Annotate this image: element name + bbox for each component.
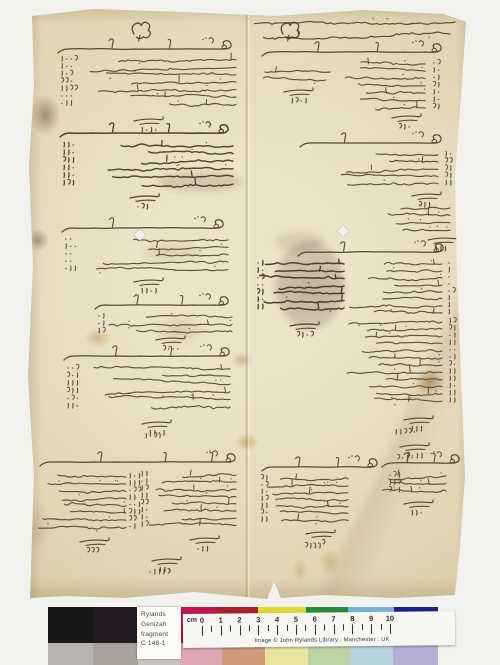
image-credit: Image © John Rylands Library . Mancheste…: [207, 636, 437, 644]
ruler-tick: [240, 625, 241, 635]
ruler-tick: [315, 625, 316, 635]
photo-stage: Rylands Genizah fragment C 148-1 cm Imag…: [0, 0, 500, 665]
ruler-tick: [296, 625, 297, 635]
swatch-dark-plum: [93, 607, 138, 643]
shelfmark-line: fragment: [141, 630, 181, 640]
center-fold: [245, 8, 250, 600]
ruler-tick: [258, 625, 259, 635]
ruler-tick: [362, 624, 363, 630]
ruler-number: 1: [214, 616, 228, 625]
ruler: cm Image © John Rylands Library . Manche…: [183, 611, 455, 648]
ruler-tick: [390, 624, 391, 634]
swatch-pale-blue: [350, 643, 393, 665]
ruler-tick: [381, 624, 382, 630]
ruler-tick: [324, 625, 325, 631]
swatch-black: [48, 607, 93, 643]
ruler-number: 10: [383, 614, 397, 623]
handwriting-layer: [0, 0, 500, 608]
ruler-number: 9: [364, 614, 378, 623]
shelfmark-line: C 148-1: [141, 639, 181, 649]
ruler-tick: [202, 626, 203, 636]
ruler-tick: [334, 624, 335, 634]
ruler-tick: [343, 624, 344, 630]
ruler-tick: [277, 625, 278, 635]
ruler-tick: [268, 625, 269, 631]
ruler-number: 2: [232, 615, 246, 624]
shelfmark-line: Rylands: [141, 610, 181, 620]
swatch-gray: [48, 643, 93, 665]
ruler-number: 4: [270, 615, 284, 624]
shelfmark-line: Genizah: [141, 620, 181, 630]
ruler-tick: [287, 625, 288, 631]
ruler-number: 8: [345, 614, 359, 623]
ruler-number: 3: [251, 615, 265, 624]
ruler-tick: [305, 625, 306, 631]
swatch-lavender: [393, 643, 438, 665]
ruler-tick: [221, 626, 222, 636]
swatch-taupe: [93, 643, 138, 665]
ruler-tick: [249, 625, 250, 631]
manuscript-fragment: [24, 6, 470, 602]
ruler-number: 6: [308, 615, 322, 624]
ruler-tick: [230, 625, 231, 631]
ruler-number: 0: [195, 616, 209, 625]
ruler-tick: [211, 626, 212, 632]
shelfmark-label: Rylands Genizah fragment C 148-1: [137, 607, 181, 659]
ruler-number: 7: [326, 614, 340, 623]
ruler-tick: [352, 624, 353, 634]
ruler-number: 5: [289, 615, 303, 624]
ruler-tick: [371, 624, 372, 634]
